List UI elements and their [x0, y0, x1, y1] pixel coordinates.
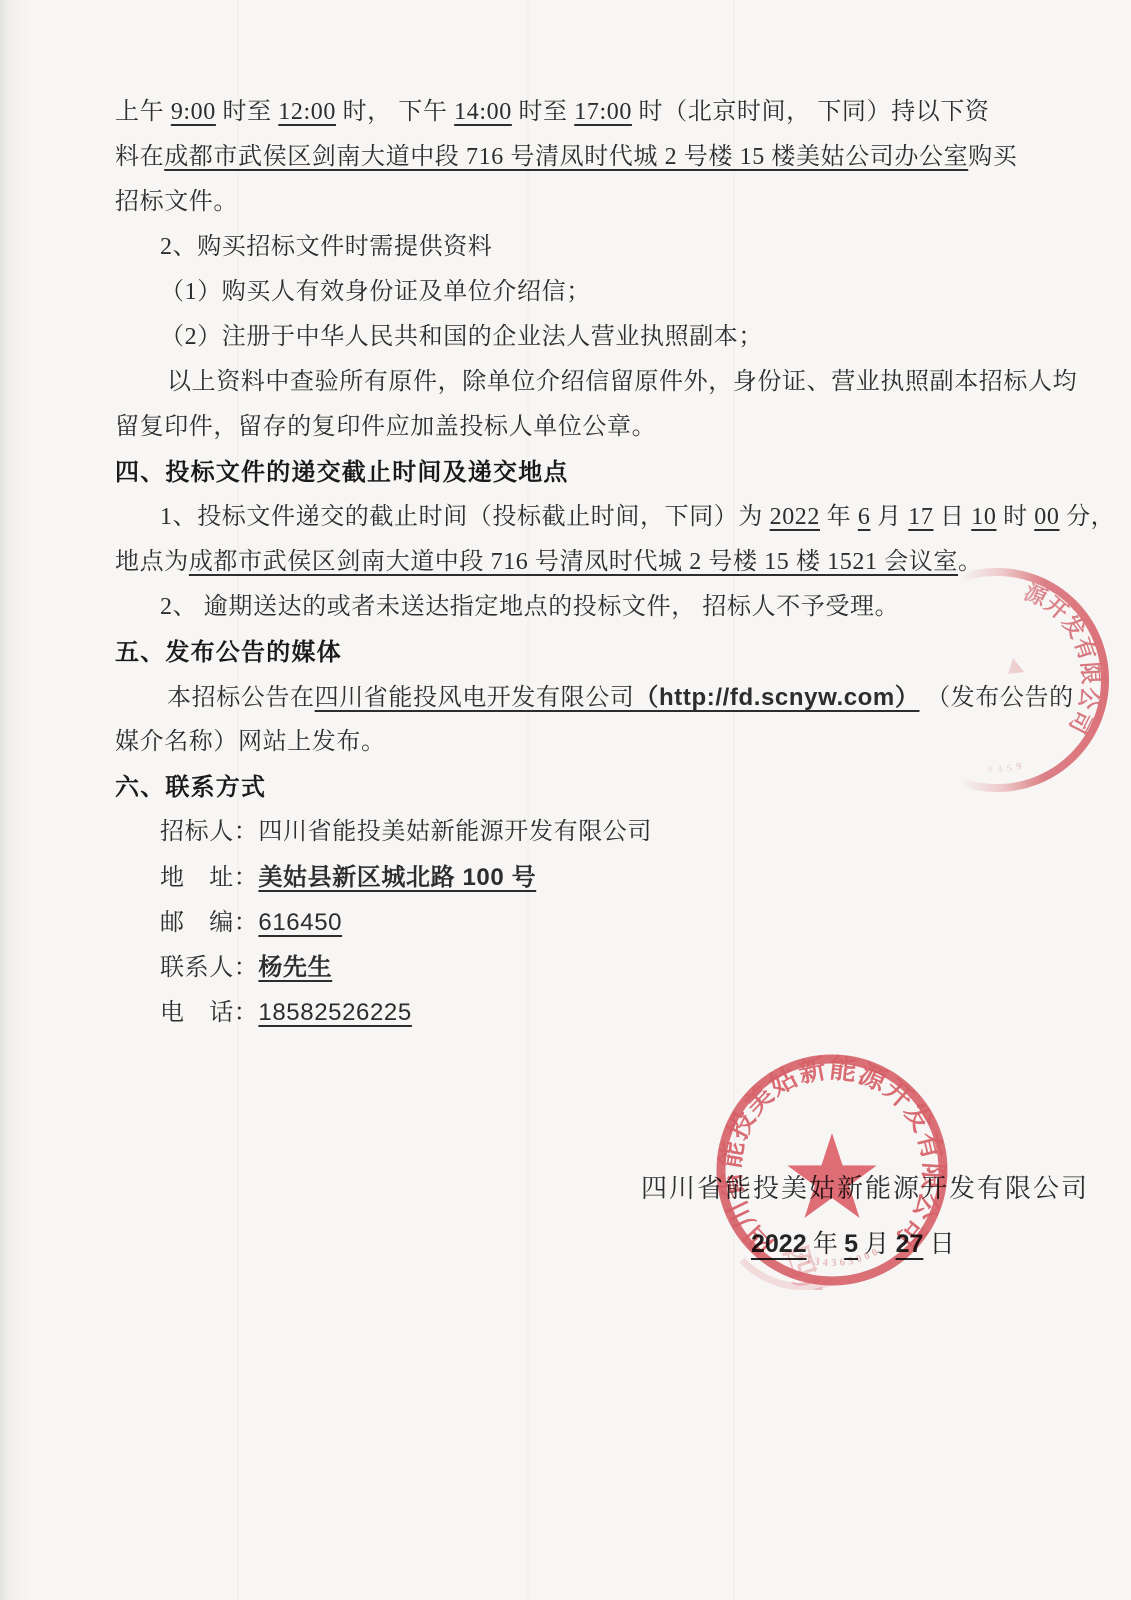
section-heading: 五、发布公告的媒体 — [115, 630, 1020, 675]
text-segment: 招标文件。 — [115, 189, 238, 215]
text-line: 本招标公告在四川省能投风电开发有限公司（http://fd.scnyw.com）… — [115, 675, 1020, 720]
section-heading: 四、投标文件的递交截止时间及递交地点 — [115, 450, 1020, 495]
text-segment: 杨先生 — [258, 954, 332, 981]
text-segment: （2）注册于中华人民共和国的企业法人营业执照副本； — [160, 324, 763, 350]
text-segment: 2022 — [751, 1230, 807, 1258]
text-segment: 上午 — [115, 99, 171, 125]
text-segment: 留复印件，留存的复印件应加盖投标人单位公章。 — [115, 414, 656, 440]
text-segment: （1）购买人有效身份证及单位介绍信； — [160, 279, 591, 305]
text-segment: 四、投标文件的递交截止时间及递交地点 — [115, 459, 569, 486]
text-segment: 招标人：四川省能投美姑新能源开发有限公司 — [160, 819, 652, 845]
text-segment: 六、联系方式 — [115, 774, 266, 801]
text-segment: 12:00 — [278, 99, 336, 125]
text-segment: 1、投标文件递交的截止时间（投标截止时间，下同）为 — [160, 504, 770, 530]
scan-edge-shadow — [0, 0, 30, 1600]
text-segment: 本招标公告在 — [167, 685, 315, 711]
text-line: 地点为成都市武侯区剑南大道中段 716 号清凤时代城 2 号楼 15 楼 152… — [115, 540, 1020, 585]
text-line: 上午 9:00 时至 12:00 时， 下午 14:00 时至 17:00 时（… — [115, 90, 1020, 135]
text-segment: 以上资料中查验所有原件，除单位介绍信留原件外，身份证、营业执照副本招标人均 — [167, 369, 1077, 395]
text-line: 联系人：杨先生 — [115, 945, 1020, 990]
text-segment: 日 — [933, 504, 971, 530]
text-segment: 月 — [858, 1231, 896, 1258]
text-line: 招标文件。 — [115, 180, 1020, 225]
text-line: 留复印件，留存的复印件应加盖投标人单位公章。 — [115, 405, 1020, 450]
text-segment: 地点为 — [115, 549, 189, 575]
text-segment: 五、发布公告的媒体 — [115, 639, 342, 666]
text-segment: 分， — [1059, 504, 1115, 530]
text-line: （2）注册于中华人民共和国的企业法人营业执照副本； — [115, 315, 1020, 360]
text-segment: 5 — [844, 1230, 858, 1258]
text-segment: 购买 — [968, 144, 1017, 170]
text-line: 电 话：18582526225 — [115, 990, 1020, 1035]
text-segment: 料在 — [115, 144, 164, 170]
text-segment: 6 — [858, 504, 871, 530]
text-segment: 地 址： — [160, 865, 258, 891]
text-segment: 10 — [971, 504, 996, 530]
text-segment: 邮 编： — [160, 910, 258, 936]
signature-company: 四川省能投美姑新能源开发有限公司 — [641, 1168, 1089, 1205]
text-segment: 成都市武侯区剑南大道中段 716 号清凤时代城 2 号楼 15 楼美姑公司办公室 — [164, 144, 968, 170]
seal-double-impression — [742, 1260, 832, 1287]
text-line: 以上资料中查验所有原件，除单位介绍信留原件外，身份证、营业执照副本招标人均 — [115, 360, 1020, 405]
text-segment: 14:00 — [454, 99, 512, 125]
scanned-document-page: 上午 9:00 时至 12:00 时， 下午 14:00 时至 17:00 时（… — [0, 0, 1131, 1600]
text-line: 地 址：美姑县新区城北路 100 号 — [115, 855, 1020, 900]
text-segment: 美姑县新区城北路 100 号 — [258, 864, 536, 891]
text-line: 招标人：四川省能投美姑新能源开发有限公司 — [115, 810, 1020, 855]
text-line: 邮 编：616450 — [115, 900, 1020, 945]
text-line: 料在成都市武侯区剑南大道中段 716 号清凤时代城 2 号楼 15 楼美姑公司办… — [115, 135, 1020, 180]
text-segment: 电 话： — [160, 1000, 258, 1026]
text-segment: 成都市武侯区剑南大道中段 716 号清凤时代城 2 号楼 15 楼 1521 会… — [189, 549, 958, 575]
text-segment: 媒介名称）网站上发布。 — [115, 729, 386, 755]
text-segment: 年 — [807, 1231, 845, 1258]
text-segment: 时， 下午 — [336, 99, 454, 125]
text-segment: 2022 — [770, 504, 820, 530]
text-segment: 月 — [870, 504, 908, 530]
text-line: （1）购买人有效身份证及单位介绍信； — [115, 270, 1020, 315]
text-segment: 17 — [908, 504, 933, 530]
text-segment: 17:00 — [574, 99, 632, 125]
text-line: 2、购买招标文件时需提供资料 — [115, 225, 1020, 270]
text-segment: 2、购买招标文件时需提供资料 — [160, 234, 492, 260]
text-segment: 日 — [923, 1231, 954, 1258]
text-segment: （http://fd.scnyw.com） — [634, 684, 919, 711]
text-line: 2、 逾期送达的或者未送达指定地点的投标文件， 招标人不予受理。 — [115, 585, 1020, 630]
text-line: 媒介名称）网站上发布。 — [115, 720, 1020, 765]
section-heading: 六、联系方式 — [115, 765, 1020, 810]
text-segment: 。 — [958, 549, 983, 575]
text-segment: 00 — [1034, 504, 1059, 530]
text-segment: 9:00 — [171, 99, 216, 125]
text-segment: 时至 — [216, 99, 278, 125]
signature-date: 2022 年 5 月 27 日 — [751, 1224, 955, 1260]
text-segment: 时 — [996, 504, 1034, 530]
text-segment: 联系人： — [160, 955, 258, 981]
text-line: 1、投标文件递交的截止时间（投标截止时间，下同）为 2022 年 6 月 17 … — [115, 495, 1020, 540]
text-segment: 时（北京时间， 下同）持以下资 — [632, 99, 990, 125]
text-segment: 时至 — [512, 99, 574, 125]
document-text: 上午 9:00 时至 12:00 时， 下午 14:00 时至 17:00 时（… — [115, 90, 1020, 1035]
text-segment: 年 — [820, 504, 858, 530]
text-segment: 616450 — [258, 909, 342, 936]
text-segment: （发布公告的 — [919, 685, 1073, 711]
text-segment: 四川省能投风电开发有限公司 — [315, 685, 635, 711]
text-segment: 18582526225 — [258, 999, 411, 1026]
text-segment: 2、 逾期送达的或者未送达指定地点的投标文件， 招标人不予受理。 — [160, 594, 899, 620]
text-segment: 27 — [896, 1230, 924, 1258]
